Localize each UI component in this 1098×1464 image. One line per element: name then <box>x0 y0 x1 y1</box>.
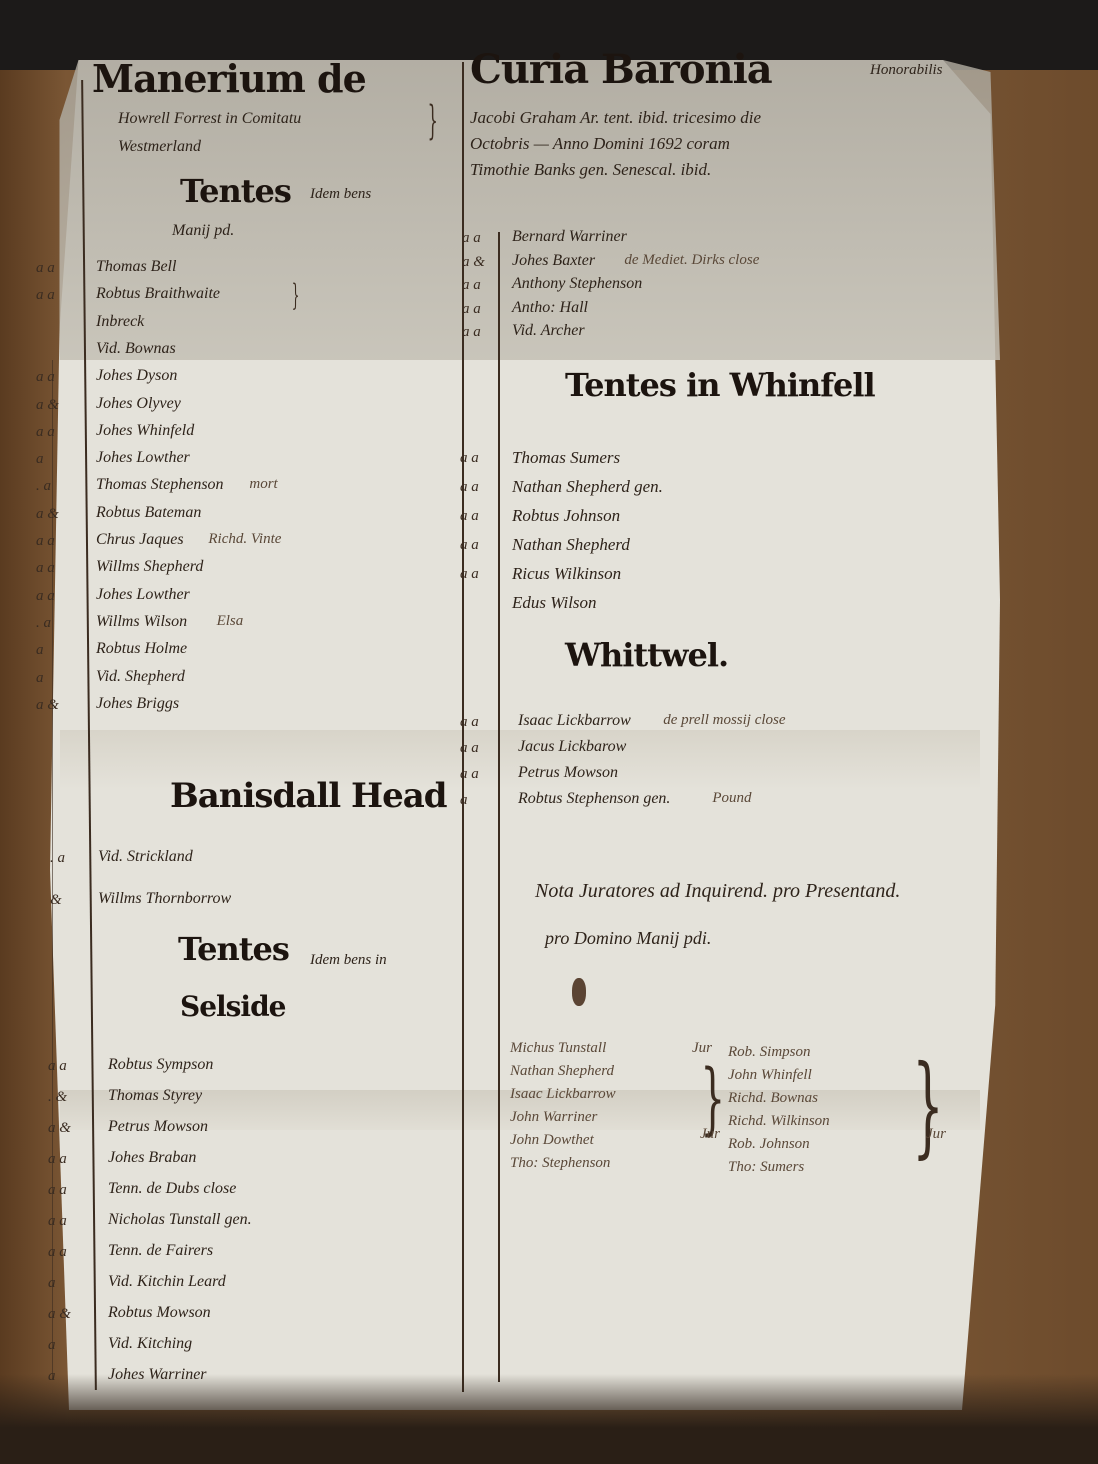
tenant-name: Jacus Lickbarow <box>518 738 626 756</box>
tenant-name: Johes Briggs <box>96 695 179 713</box>
attendance-marks: a <box>36 642 44 659</box>
attendance-marks: a <box>48 1337 56 1354</box>
attendance-marks: a a <box>36 533 55 550</box>
right-section2-heading: Tentes in Whinfell <box>565 366 875 404</box>
jurors-right-label: Jur <box>926 1126 946 1143</box>
attendance-marks: a a <box>36 287 55 304</box>
jurors-mid-label: Jur <box>700 1126 720 1143</box>
attendance-marks: a a <box>36 588 55 605</box>
tenant-name: Johes Whinfeld <box>96 422 194 440</box>
tenant-name: Vid. Strickland <box>98 848 193 866</box>
attendance-marks: a <box>36 451 44 468</box>
tenant-name: Johes Lowther <box>96 586 190 604</box>
tenant-name: Thomas Sumers <box>512 448 620 468</box>
tenant-name: Robtus Johnson <box>512 506 620 526</box>
attendance-marks: a a <box>48 1058 67 1075</box>
left-section3-heading-line2: Selside <box>180 990 285 1023</box>
ink-blot <box>572 978 586 1006</box>
attendance-marks: a a <box>36 424 55 441</box>
attendance-marks: a a <box>48 1151 67 1168</box>
title-curia-baronia: Curia Baronia <box>470 46 772 93</box>
attendance-marks: a a <box>48 1182 67 1199</box>
juror-name: Richd. Wilkinson <box>728 1113 830 1130</box>
tenant-note: Pound <box>712 790 751 807</box>
jurors-left-label: Jur <box>692 1040 712 1057</box>
left-section3-heading: Tentes <box>178 930 289 968</box>
juror-name: John Dowthet <box>510 1132 594 1149</box>
tenant-name: Inbreck <box>96 313 144 331</box>
tenant-name: Willms Wilson <box>96 613 187 631</box>
attendance-marks: a a <box>462 324 481 341</box>
right-section3-heading: Whittwel. <box>565 636 728 674</box>
attendance-marks: a <box>460 792 468 809</box>
attendance-marks: a <box>36 670 44 687</box>
tenant-name: Thomas Styrey <box>108 1087 202 1105</box>
attendance-marks: a a <box>460 450 479 467</box>
tenant-name: Johes Olyvey <box>96 395 181 413</box>
attendance-marks: a a <box>36 369 55 386</box>
tenant-name: Petrus Mowson <box>108 1118 208 1136</box>
attendance-marks: a a <box>460 740 479 757</box>
tenant-name: Isaac Lickbarrow <box>518 712 631 730</box>
right-margin-line-upper <box>498 232 500 1382</box>
tenant-name: Vid. Kitching <box>108 1335 192 1353</box>
juror-name: Nathan Shepherd <box>510 1063 614 1080</box>
header-left-line-2: Westmerland <box>118 138 201 156</box>
header-right-line-4: Timothie Banks gen. Senescal. ibid. <box>470 160 711 180</box>
tenant-name: Ricus Wilkinson <box>512 564 621 584</box>
header-left-line-1: Howrell Forrest in Comitatu <box>118 110 301 128</box>
attendance-marks: a a <box>460 537 479 554</box>
attendance-marks: . a <box>36 615 51 632</box>
header-brace-icon: } <box>428 98 438 144</box>
tenant-name: Johes Braban <box>108 1149 196 1167</box>
attendance-marks: & <box>50 892 62 909</box>
left-section3-heading-suffix: Idem bens in <box>310 952 387 969</box>
tenant-note: Elsa <box>217 613 244 630</box>
attendance-marks: a a <box>460 714 479 731</box>
tenant-note: mort <box>249 476 277 493</box>
attendance-marks: a & <box>36 697 59 714</box>
header-right-line-3: Octobris — Anno Domini 1692 coram <box>470 134 730 154</box>
tenant-name: Anthony Stephenson <box>512 275 642 293</box>
juror-name: Richd. Bownas <box>728 1090 818 1107</box>
tenant-name: Johes Dyson <box>96 367 177 385</box>
header-right-line-1: Honorabilis <box>870 62 943 79</box>
attendance-marks: . a <box>36 478 51 495</box>
attendance-marks: a a <box>48 1244 67 1261</box>
tenant-name: Petrus Mowson <box>518 764 618 782</box>
tenant-name: Bernard Warriner <box>512 228 627 246</box>
entry-brace-icon: } <box>292 278 300 313</box>
attendance-marks: a & <box>48 1306 71 1323</box>
tenant-name: Vid. Shepherd <box>96 668 185 686</box>
attendance-marks: a a <box>36 560 55 577</box>
tenant-name: Thomas Stephenson <box>96 476 224 494</box>
left-section1-heading: Tentes <box>180 172 291 210</box>
tenant-note: Richd. Vinte <box>208 531 281 548</box>
attendance-marks: a a <box>462 301 481 318</box>
juror-name: Rob. Simpson <box>728 1044 811 1061</box>
juror-name: Tho: Stephenson <box>510 1155 610 1172</box>
attendance-marks: a a <box>36 260 55 277</box>
juror-name: Michus Tunstall <box>510 1040 606 1057</box>
juror-name: Tho: Sumers <box>728 1159 804 1176</box>
attendance-marks: a a <box>462 230 481 247</box>
attendance-marks: . & <box>48 1089 67 1106</box>
tenant-name: Vid. Bownas <box>96 340 176 358</box>
attendance-marks: . a <box>50 850 65 867</box>
juror-name: Rob. Johnson <box>728 1136 810 1153</box>
tenant-name: Robtus Sympson <box>108 1056 213 1074</box>
attendance-marks: a & <box>48 1120 71 1137</box>
tenant-name: Robtus Braithwaite <box>96 285 220 303</box>
attendance-marks: a a <box>460 566 479 583</box>
tenant-name: Robtus Bateman <box>96 504 201 522</box>
tenant-name: Tenn. de Dubs close <box>108 1180 236 1198</box>
tenant-name: Johes Baxter <box>512 252 595 270</box>
tenant-name: Nicholas Tunstall gen. <box>108 1211 252 1229</box>
juror-name: Isaac Lickbarrow <box>510 1086 616 1103</box>
attendance-marks: a & <box>462 254 485 271</box>
tenant-name: Edus Wilson <box>512 593 597 613</box>
tenant-name: Johes Lowther <box>96 449 190 467</box>
attendance-marks: a & <box>36 397 59 414</box>
tenant-name: Nathan Shepherd <box>512 535 630 555</box>
dark-background-bottom <box>0 1374 1098 1464</box>
tenant-name: Vid. Archer <box>512 322 585 340</box>
tenant-note: de Mediet. Dirks close <box>624 252 759 269</box>
tenant-name: Willms Shepherd <box>96 558 203 576</box>
attendance-marks: a a <box>48 1213 67 1230</box>
attendance-marks: a <box>48 1275 56 1292</box>
attendance-marks: a a <box>460 508 479 525</box>
juror-name: John Whinfell <box>728 1067 812 1084</box>
tenant-note: de prell mossij close <box>663 712 785 729</box>
tenant-name: Willms Thornborrow <box>98 890 231 908</box>
jurors-right-brace-icon: } <box>912 1050 944 1160</box>
header-right-line-2: Jacobi Graham Ar. tent. ibid. tricesimo … <box>470 108 761 128</box>
nota-line-2: pro Domino Manij pdi. <box>545 928 711 949</box>
tenant-name: Chrus Jaques <box>96 531 184 549</box>
tenant-name: Vid. Kitchin Leard <box>108 1273 226 1291</box>
left-section1-heading-line2: Manij pd. <box>172 222 234 240</box>
tenant-name: Robtus Holme <box>96 640 187 658</box>
attendance-marks: a a <box>460 479 479 496</box>
attendance-marks: a a <box>462 277 481 294</box>
tenant-name: Antho: Hall <box>512 299 588 317</box>
attendance-marks: a & <box>36 506 59 523</box>
nota-line-1: Nota Juratores ad Inquirend. pro Present… <box>535 880 900 903</box>
tenant-name: Thomas Bell <box>96 258 176 276</box>
juror-name: John Warriner <box>510 1109 597 1126</box>
tenant-name: Robtus Stephenson gen. <box>518 790 670 808</box>
title-manerium: Manerium de <box>92 56 366 101</box>
left-section1-heading-suffix: Idem bens <box>310 186 371 203</box>
left-section2-heading: Banisdall Head <box>170 776 447 816</box>
tenant-name: Tenn. de Fairers <box>108 1242 213 1260</box>
attendance-marks: a a <box>460 766 479 783</box>
tenant-name: Nathan Shepherd gen. <box>512 477 663 497</box>
tenant-name: Robtus Mowson <box>108 1304 211 1322</box>
